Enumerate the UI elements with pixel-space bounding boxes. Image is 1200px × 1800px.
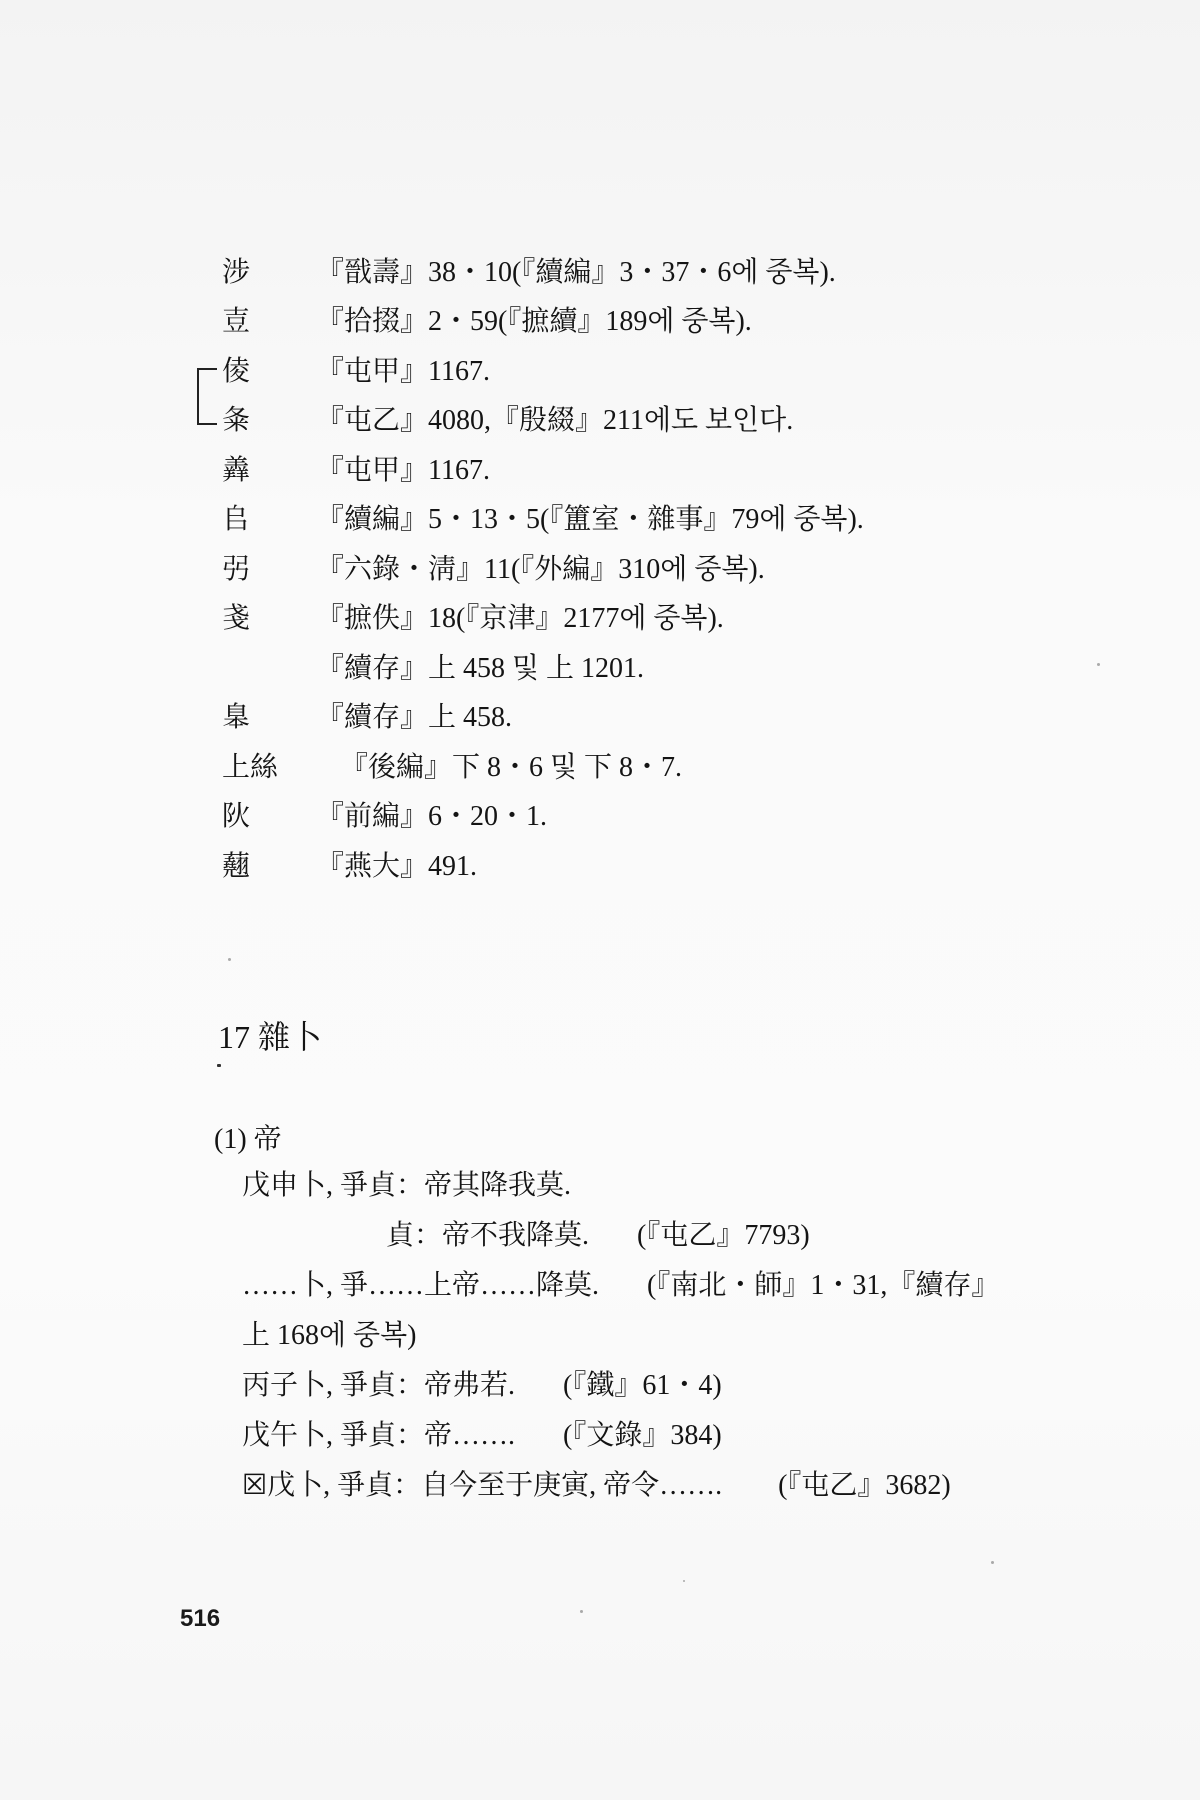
inscription-text: 丙子卜, 爭貞：帝弗若. bbox=[242, 1363, 515, 1403]
scan-speck bbox=[683, 1580, 685, 1582]
grouping-bracket bbox=[197, 368, 217, 425]
entry-character: 壴 bbox=[222, 308, 316, 336]
entry-reference: 『續存』上 458. bbox=[316, 704, 512, 732]
reference-entry: 𠂤 『續編』5・13・5(『簠室・雜事』79에 중복). bbox=[222, 496, 1022, 546]
entry-character: 𠂤 bbox=[222, 506, 316, 534]
scan-speck bbox=[228, 958, 231, 961]
entry-reference: 『屯甲』1167. bbox=[316, 457, 490, 485]
entry-character: 戔 bbox=[222, 605, 316, 633]
entry-character: 𦃃 bbox=[222, 655, 316, 683]
inscription-line: 貞：帝不我降莫. (『屯乙』7793) bbox=[242, 1208, 1072, 1258]
inscription-citation: (『鐵』61・4) bbox=[563, 1363, 722, 1403]
entry-reference: 『續存』上 458 및 上 1201. bbox=[316, 655, 644, 683]
inscription-citation: (『屯乙』3682) bbox=[778, 1463, 951, 1503]
inscription-text: 戊午卜, 爭貞：帝……. bbox=[242, 1413, 515, 1453]
entry-character: 倰 bbox=[222, 358, 316, 386]
inscription-text: ☒戊卜, 爭貞：自今至于庚寅, 帝令……. bbox=[242, 1463, 722, 1503]
entry-reference: 『六錄・淸』11(『外編』310에 중복). bbox=[316, 556, 765, 584]
entry-character: 𦤎 bbox=[222, 704, 316, 732]
entry-reference: 『前編』6・20・1. bbox=[316, 803, 547, 831]
reference-entry: 倰 『屯甲』1167. bbox=[222, 347, 1022, 397]
entry-reference: 『戩壽』38・10(『續編』3・37・6에 중복). bbox=[316, 259, 836, 287]
print-mark bbox=[217, 1064, 221, 1067]
book-page: 涉 『戩壽』38・10(『續編』3・37・6에 중복). 壴 『拾掇』2・59(… bbox=[0, 0, 1200, 1800]
entry-character: 涉 bbox=[222, 259, 316, 287]
entry-character: 阦 bbox=[222, 803, 316, 831]
character-reference-list: 涉 『戩壽』38・10(『續編』3・37・6에 중복). 壴 『拾掇』2・59(… bbox=[222, 248, 1022, 892]
entry-reference: 『摭佚』18(『京津』2177에 중복). bbox=[316, 605, 724, 633]
reference-entry: 涉 『戩壽』38・10(『續編』3・37・6에 중복). bbox=[222, 248, 1022, 298]
inscription-citation: (『文錄』384) bbox=[563, 1413, 722, 1453]
inscription-text: ……卜, 爭……上帝……降莫. bbox=[242, 1263, 599, 1303]
inscription-line-continuation: 上 168에 중복) bbox=[242, 1308, 1072, 1358]
subsection-heading: (1) 帝 bbox=[214, 1117, 282, 1157]
entry-character: 𧄍 bbox=[222, 853, 316, 881]
scan-speck bbox=[991, 1561, 994, 1564]
scan-speck bbox=[580, 1610, 583, 1613]
inscription-line: ……卜, 爭……上帝……降莫. (『南北・師』1・31,『續存』 bbox=[242, 1258, 1072, 1308]
reference-entry: 上絲 『後編』下 8・6 및 下 8・7. bbox=[222, 743, 1022, 793]
inscription-line: 戊申卜, 爭貞：帝其降我莫. bbox=[242, 1158, 1072, 1208]
entry-character: 夈 bbox=[222, 407, 316, 435]
entry-reference: 『續編』5・13・5(『簠室・雜事』79에 중복). bbox=[316, 506, 864, 534]
page-number: 516 bbox=[180, 1605, 220, 1633]
reference-entry: 𦤎 『續存』上 458. bbox=[222, 694, 1022, 744]
inscription-line: 戊午卜, 爭貞：帝……. (『文錄』384) bbox=[242, 1408, 1072, 1458]
section-heading: 17 雜卜 bbox=[218, 1012, 322, 1058]
inscription-citation: (『屯乙』7793) bbox=[637, 1213, 810, 1253]
entry-character: 弜 bbox=[222, 556, 316, 584]
reference-entry: 羴 『屯甲』1167. bbox=[222, 446, 1022, 496]
inscription-list: 戊申卜, 爭貞：帝其降我莫. 貞：帝不我降莫. (『屯乙』7793) ……卜, … bbox=[242, 1158, 1072, 1508]
scan-speck bbox=[1097, 663, 1100, 666]
entry-reference: 『拾掇』2・59(『摭續』189에 중복). bbox=[316, 308, 752, 336]
inscription-text: 戊申卜, 爭貞：帝其降我莫. bbox=[242, 1163, 571, 1203]
reference-entry: 阦 『前編』6・20・1. bbox=[222, 793, 1022, 843]
inscription-text: 上 168에 중복) bbox=[242, 1313, 416, 1353]
reference-entry: 戔 『摭佚』18(『京津』2177에 중복). bbox=[222, 595, 1022, 645]
reference-entry: 𦃃 『續存』上 458 및 上 1201. bbox=[222, 644, 1022, 694]
entry-reference: 『屯甲』1167. bbox=[316, 358, 490, 386]
reference-entry: 壴 『拾掇』2・59(『摭續』189에 중복). bbox=[222, 298, 1022, 348]
reference-entry: 𧄍 『燕大』491. bbox=[222, 842, 1022, 892]
entry-reference: 『屯乙』4080,『殷綴』211에도 보인다. bbox=[316, 407, 793, 435]
entry-reference: 『後編』下 8・6 및 下 8・7. bbox=[340, 754, 682, 782]
inscription-citation: (『南北・師』1・31,『續存』 bbox=[647, 1263, 999, 1303]
inscription-line: 丙子卜, 爭貞：帝弗若. (『鐵』61・4) bbox=[242, 1358, 1072, 1408]
reference-entry: 弜 『六錄・淸』11(『外編』310에 중복). bbox=[222, 545, 1022, 595]
entry-reference: 『燕大』491. bbox=[316, 853, 477, 881]
inscription-line: ☒戊卜, 爭貞：自今至于庚寅, 帝令……. (『屯乙』3682) bbox=[242, 1458, 1072, 1508]
entry-character: 上絲 bbox=[222, 754, 340, 782]
inscription-text: 貞：帝不我降莫. bbox=[386, 1213, 589, 1253]
entry-character: 羴 bbox=[222, 457, 316, 485]
reference-entry: 夈 『屯乙』4080,『殷綴』211에도 보인다. bbox=[222, 397, 1022, 447]
